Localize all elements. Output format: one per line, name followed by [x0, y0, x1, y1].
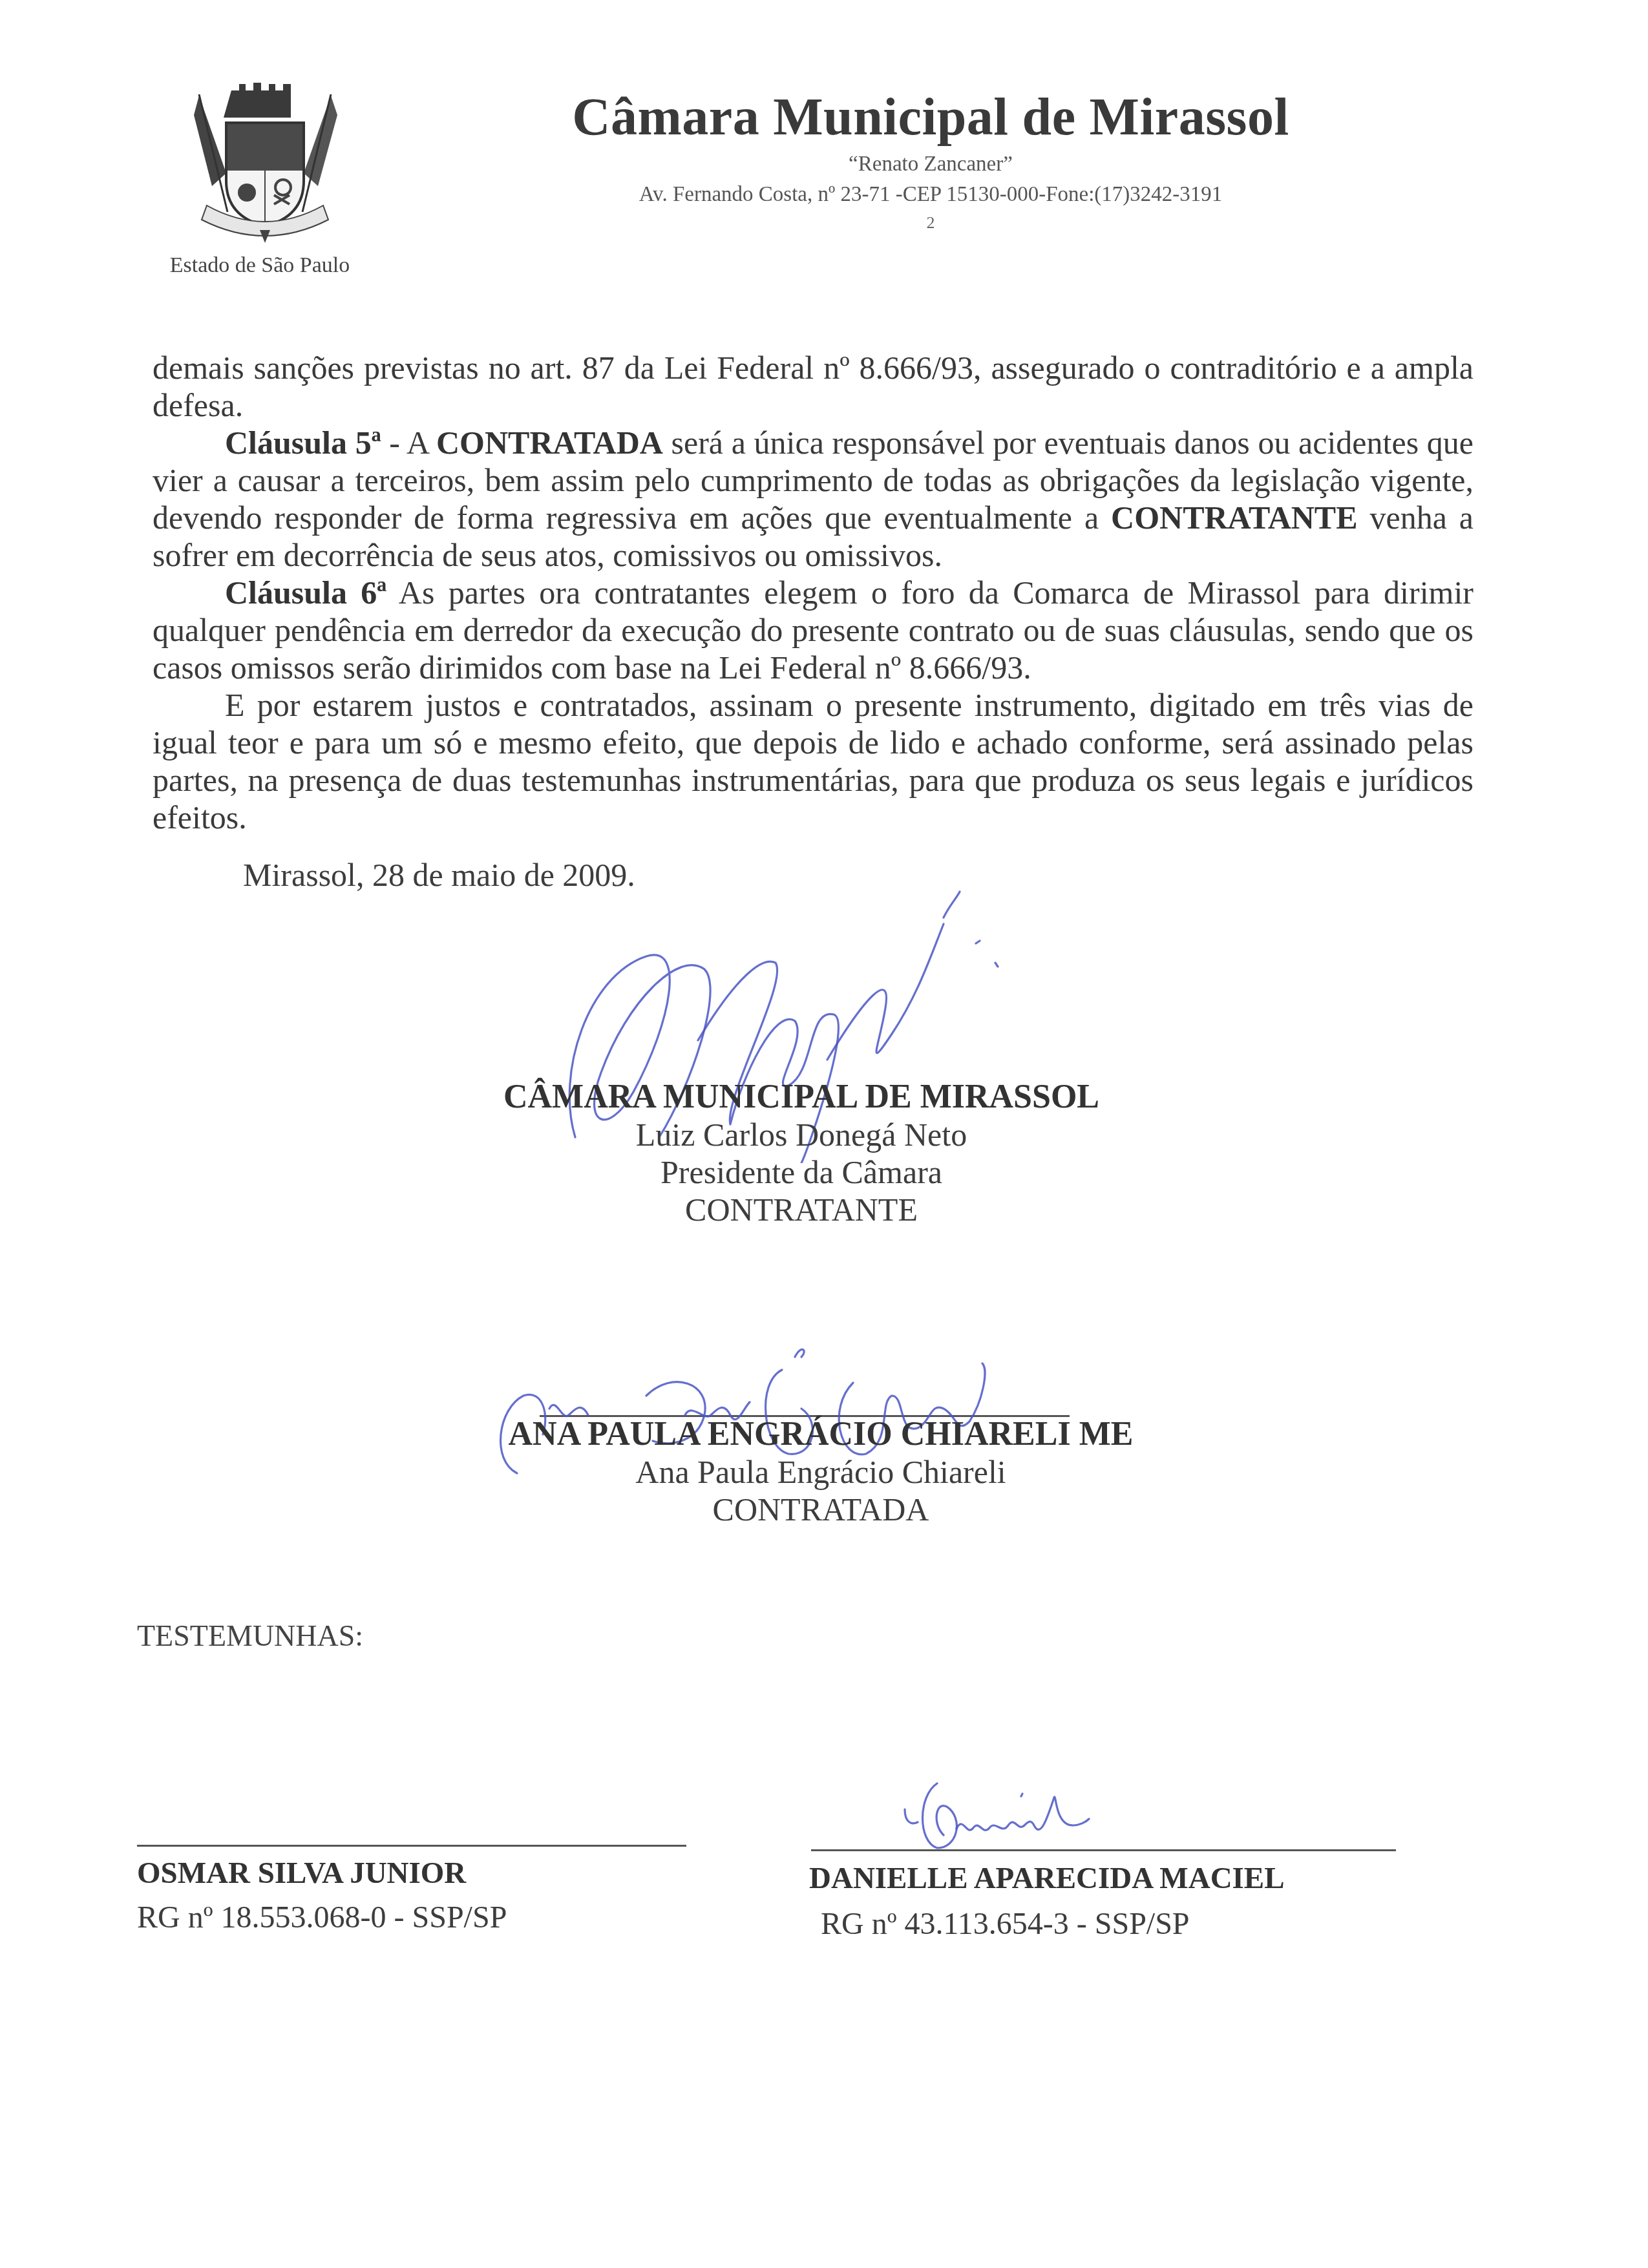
contratada-party: CONTRATADA: [465, 1491, 1176, 1528]
signature-witness-2-icon: [892, 1770, 1125, 1861]
coat-of-arms-icon: [187, 76, 343, 244]
signature-block-contratante: CÂMARA MUNICIPAL DE MIRASSOL Luiz Carlos…: [446, 1078, 1157, 1228]
clause-5-sep: - A: [381, 425, 436, 461]
institution-title: Câmara Municipal de Mirassol: [452, 87, 1409, 147]
witness-2-rg: RG nº 43.113.654-3 - SSP/SP: [821, 1906, 1190, 1942]
paragraph-closing: E por estarem justos e contratados, assi…: [153, 686, 1474, 836]
paragraph-clause-5: Cláusula 5ª - A CONTRATADA será a única …: [153, 424, 1474, 574]
page-number: 2: [452, 213, 1409, 233]
institution-subtitle: “Renato Zancaner”: [452, 152, 1409, 176]
paragraph-sanctions: demais sanções previstas no art. 87 da L…: [153, 349, 1474, 424]
witness-2-signature-line: [811, 1849, 1396, 1851]
contratada-org: ANA PAULA ENGRÁCIO CHIARELI ME: [465, 1415, 1176, 1453]
contratante-party: CONTRATANTE: [446, 1191, 1157, 1228]
contratante-org: CÂMARA MUNICIPAL DE MIRASSOL: [446, 1078, 1157, 1116]
clause-5-party2: CONTRATANTE: [1111, 499, 1358, 536]
clause-5-heading: Cláusula 5ª: [225, 425, 381, 461]
contratante-name: Luiz Carlos Donegá Neto: [446, 1116, 1157, 1153]
institution-address: Av. Fernando Costa, nº 23-71 -CEP 15130-…: [452, 183, 1409, 207]
clause-5-party: CONTRATADA: [436, 425, 663, 461]
clause-6-heading: Cláusula 6ª: [225, 574, 386, 611]
witnesses-label: TESTEMUNHAS:: [137, 1619, 363, 1653]
witness-1-rg: RG nº 18.553.068-0 - SSP/SP: [137, 1900, 507, 1935]
contract-body: demais sanções previstas no art. 87 da L…: [153, 349, 1474, 836]
witness-1-signature-line: [137, 1845, 686, 1847]
paragraph-clause-6: Cláusula 6ª As partes ora contratantes e…: [153, 574, 1474, 686]
witness-2-name: DANIELLE APARECIDA MACIEL: [809, 1861, 1285, 1896]
state-label: Estado de São Paulo: [150, 253, 370, 278]
contratante-role: Presidente da Câmara: [446, 1153, 1157, 1191]
contratada-name: Ana Paula Engrácio Chiareli: [465, 1453, 1176, 1491]
witness-1-name: OSMAR SILVA JUNIOR: [137, 1856, 466, 1891]
signature-block-contratada: ANA PAULA ENGRÁCIO CHIARELI ME Ana Paula…: [465, 1415, 1176, 1528]
